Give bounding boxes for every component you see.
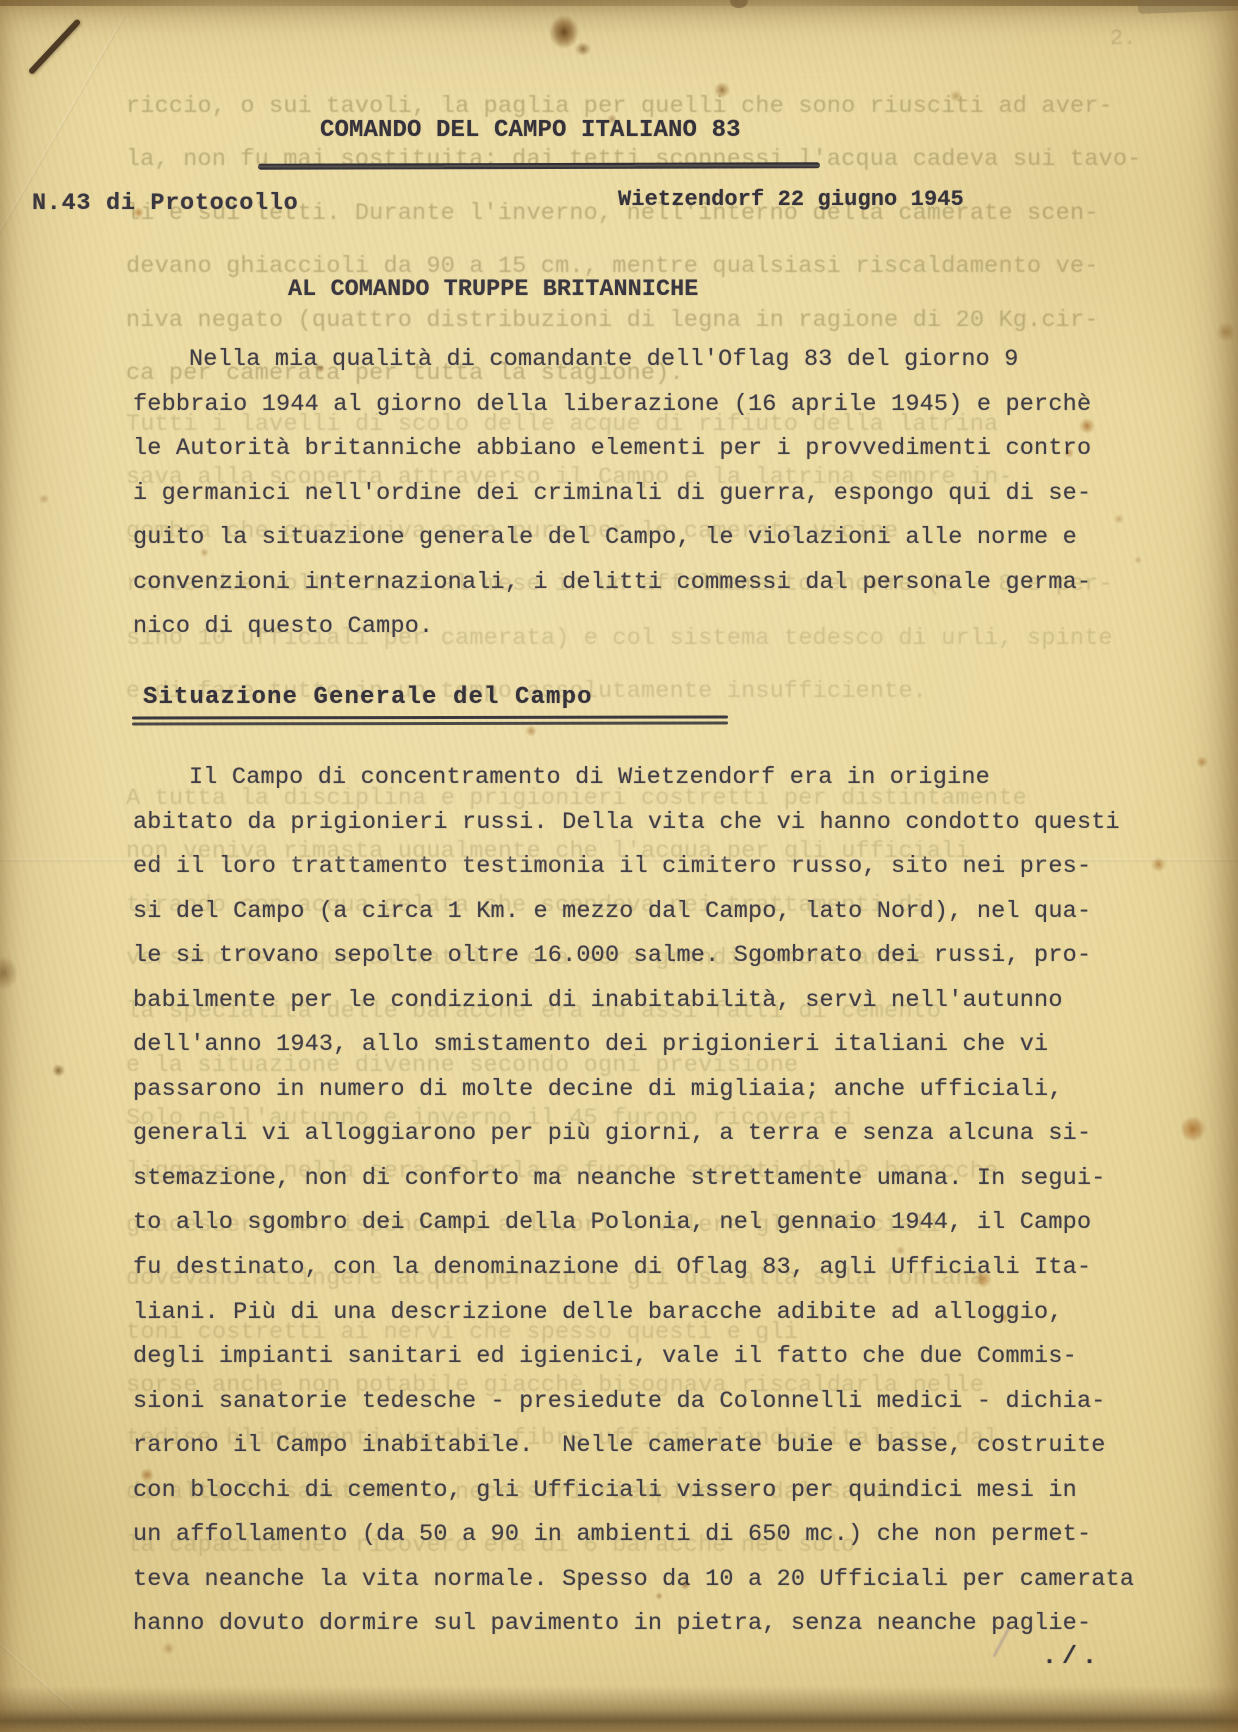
text-line: ed il loro trattamento testimonia il cim… [133,845,1134,890]
letterhead-underline [258,162,820,169]
protocol-number: N.43 di Protocollo [32,190,298,217]
text-line: nico di questo Campo. [133,605,1091,650]
dateline: Wietzendorf 22 giugno 1945 [618,187,964,212]
text-line: fu destinato, con la denominazione di Of… [133,1246,1134,1291]
section-heading-underline [132,715,728,725]
text-line: teva neanche la vita normale. Spesso da … [133,1558,1134,1603]
text-line: i germanici nell'ordine dei criminali di… [133,472,1091,517]
text-line: Il Campo di concentramento di Wietzendor… [133,756,1134,801]
text-line: febbraio 1944 al giorno della liberazion… [133,383,1091,428]
letterhead-title: COMANDO DEL CAMPO ITALIANO 83 [320,117,741,144]
continuation-mark: ./. [1042,1642,1102,1671]
text-line: dell'anno 1943, allo smistamento dei pri… [133,1023,1134,1068]
text-line: to allo sgombro dei Campi della Polonia,… [133,1201,1134,1246]
text-line: generali vi alloggiarono per più giorni,… [133,1112,1134,1157]
text-line: sioni sanatorie tedesche - presiedute da… [133,1380,1134,1425]
text-line: guito la situazione generale del Campo, … [133,516,1091,561]
text-line: con blocchi di cemento, gli Ufficiali vi… [133,1469,1134,1514]
text-line: le Autorità britanniche abbiano elementi… [133,427,1091,472]
text-line: liani. Più di una descrizione delle bara… [133,1291,1134,1336]
paragraph-introduction: Nella mia qualità di comandante dell'Ofl… [133,338,1091,650]
text-line: le si trovano sepolte oltre 16.000 salme… [133,934,1134,979]
text-line: stemazione, non di conforto ma neanche s… [133,1157,1134,1202]
scanned-typewritten-page: riccio, o sui tavoli, la paglia per quel… [0,0,1238,1732]
text-line: si del Campo (a circa 1 Km. e mezzo dal … [133,890,1134,935]
text-line: babilmente per le condizioni di inabitab… [133,979,1134,1024]
document-content: COMANDO DEL CAMPO ITALIANO 83 N.43 di Pr… [0,0,1238,1732]
text-line: passarono in numero di molte decine di m… [133,1068,1134,1113]
text-line: un affollamento (da 50 a 90 in ambienti … [133,1513,1134,1558]
paragraph-camp-situation: Il Campo di concentramento di Wietzendor… [133,756,1134,1647]
text-line: degli impianti sanitari ed igienici, val… [133,1335,1134,1380]
section-heading: Situazione Generale del Campo [143,684,593,711]
text-line: Nella mia qualità di comandante dell'Ofl… [133,338,1091,383]
text-line: hanno dovuto dormire sul pavimento in pi… [133,1602,1134,1647]
addressee-line: AL COMANDO TRUPPE BRITANNICHE [288,276,698,303]
text-line: convenzioni internazionali, i delitti co… [133,561,1091,606]
text-line: abitato da prigionieri russi. Della vita… [133,801,1134,846]
text-line: rarono il Campo inabitabile. Nelle camer… [133,1424,1134,1469]
